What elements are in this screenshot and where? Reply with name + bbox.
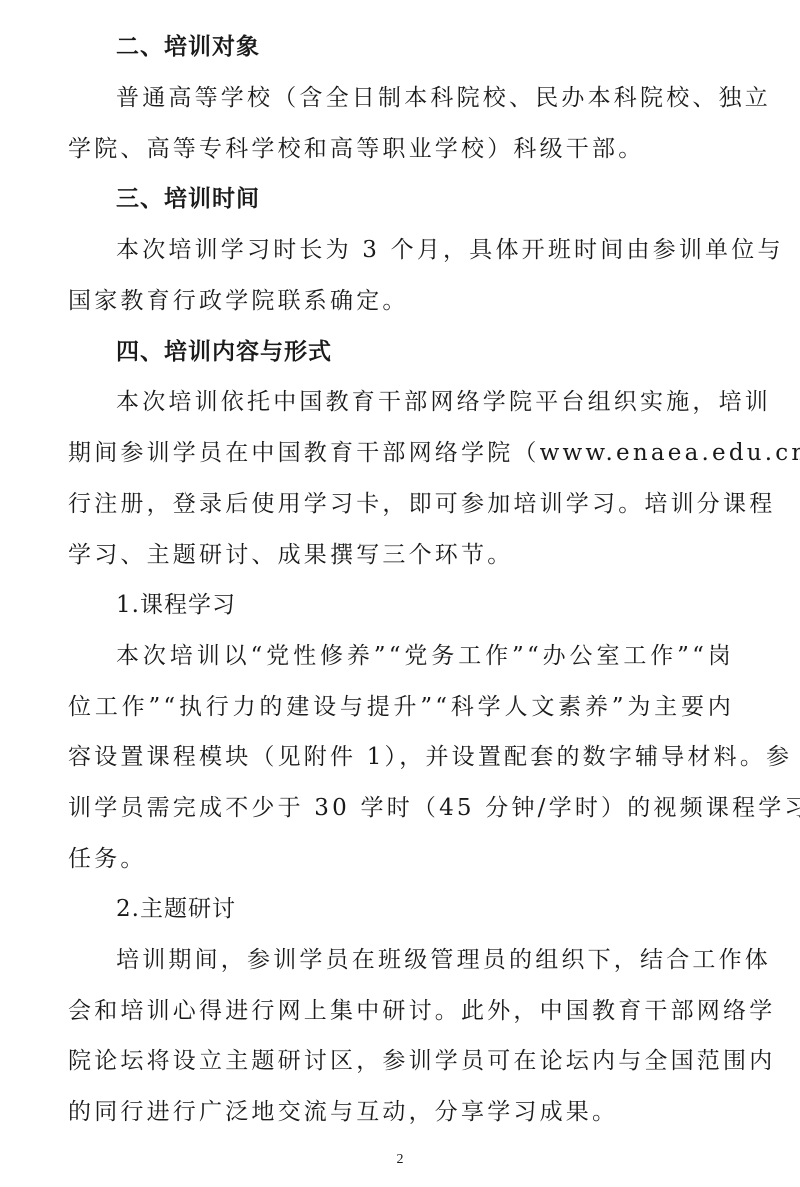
- document-page: 二、培训对象 普通高等学校（含全日制本科院校、民办本科院校、独立 学院、高等专科…: [0, 0, 800, 1187]
- paragraph-line: 培训期间，参训学员在班级管理员的组织下，结合工作体: [116, 945, 734, 975]
- paragraph-line: 的同行进行广泛地交流与互动，分享学习成果。: [68, 1097, 734, 1127]
- paragraph-line: 会和培训心得进行网上集中研讨。此外，中国教育干部网络学: [68, 996, 734, 1026]
- paragraph-line: 容设置课程模块（见附件 1），并设置配套的数字辅导材料。参: [68, 742, 734, 772]
- subsection-heading-topic-discussion: 2.主题研讨: [116, 894, 782, 924]
- paragraph-line: 院论坛将设立主题研讨区，参训学员可在论坛内与全国范围内: [68, 1046, 734, 1076]
- paragraph-line: 学习、主题研讨、成果撰写三个环节。: [68, 540, 734, 570]
- section-heading-training-targets: 二、培训对象: [116, 32, 782, 62]
- section-heading-training-time: 三、培训时间: [116, 184, 782, 214]
- paragraph-line: 期间参训学员在中国教育干部网络学院（www.enaea.edu.cn）进: [68, 438, 734, 468]
- paragraph-line: 本次培训学习时长为 3 个月，具体开班时间由参训单位与: [116, 235, 734, 265]
- paragraph-line: 本次培训以“党性修养”“党务工作”“办公室工作”“岗: [116, 641, 734, 671]
- paragraph-line: 国家教育行政学院联系确定。: [68, 286, 734, 316]
- paragraph-line: 任务。: [68, 844, 734, 874]
- paragraph-line: 学院、高等专科学校和高等职业学校）科级干部。: [68, 134, 734, 164]
- paragraph-line: 普通高等学校（含全日制本科院校、民办本科院校、独立: [116, 83, 734, 113]
- subsection-heading-course-study: 1.课程学习: [116, 590, 782, 620]
- page-number: 2: [0, 1152, 800, 1168]
- paragraph-line: 本次培训依托中国教育干部网络学院平台组织实施，培训: [116, 387, 734, 417]
- paragraph-line: 行注册，登录后使用学习卡，即可参加培训学习。培训分课程: [68, 489, 734, 519]
- paragraph-line: 位工作”“执行力的建设与提升”“科学人文素养”为主要内: [68, 692, 734, 722]
- paragraph-line: 训学员需完成不少于 30 学时（45 分钟/学时）的视频课程学习: [68, 793, 734, 823]
- section-heading-training-content: 四、培训内容与形式: [116, 337, 782, 367]
